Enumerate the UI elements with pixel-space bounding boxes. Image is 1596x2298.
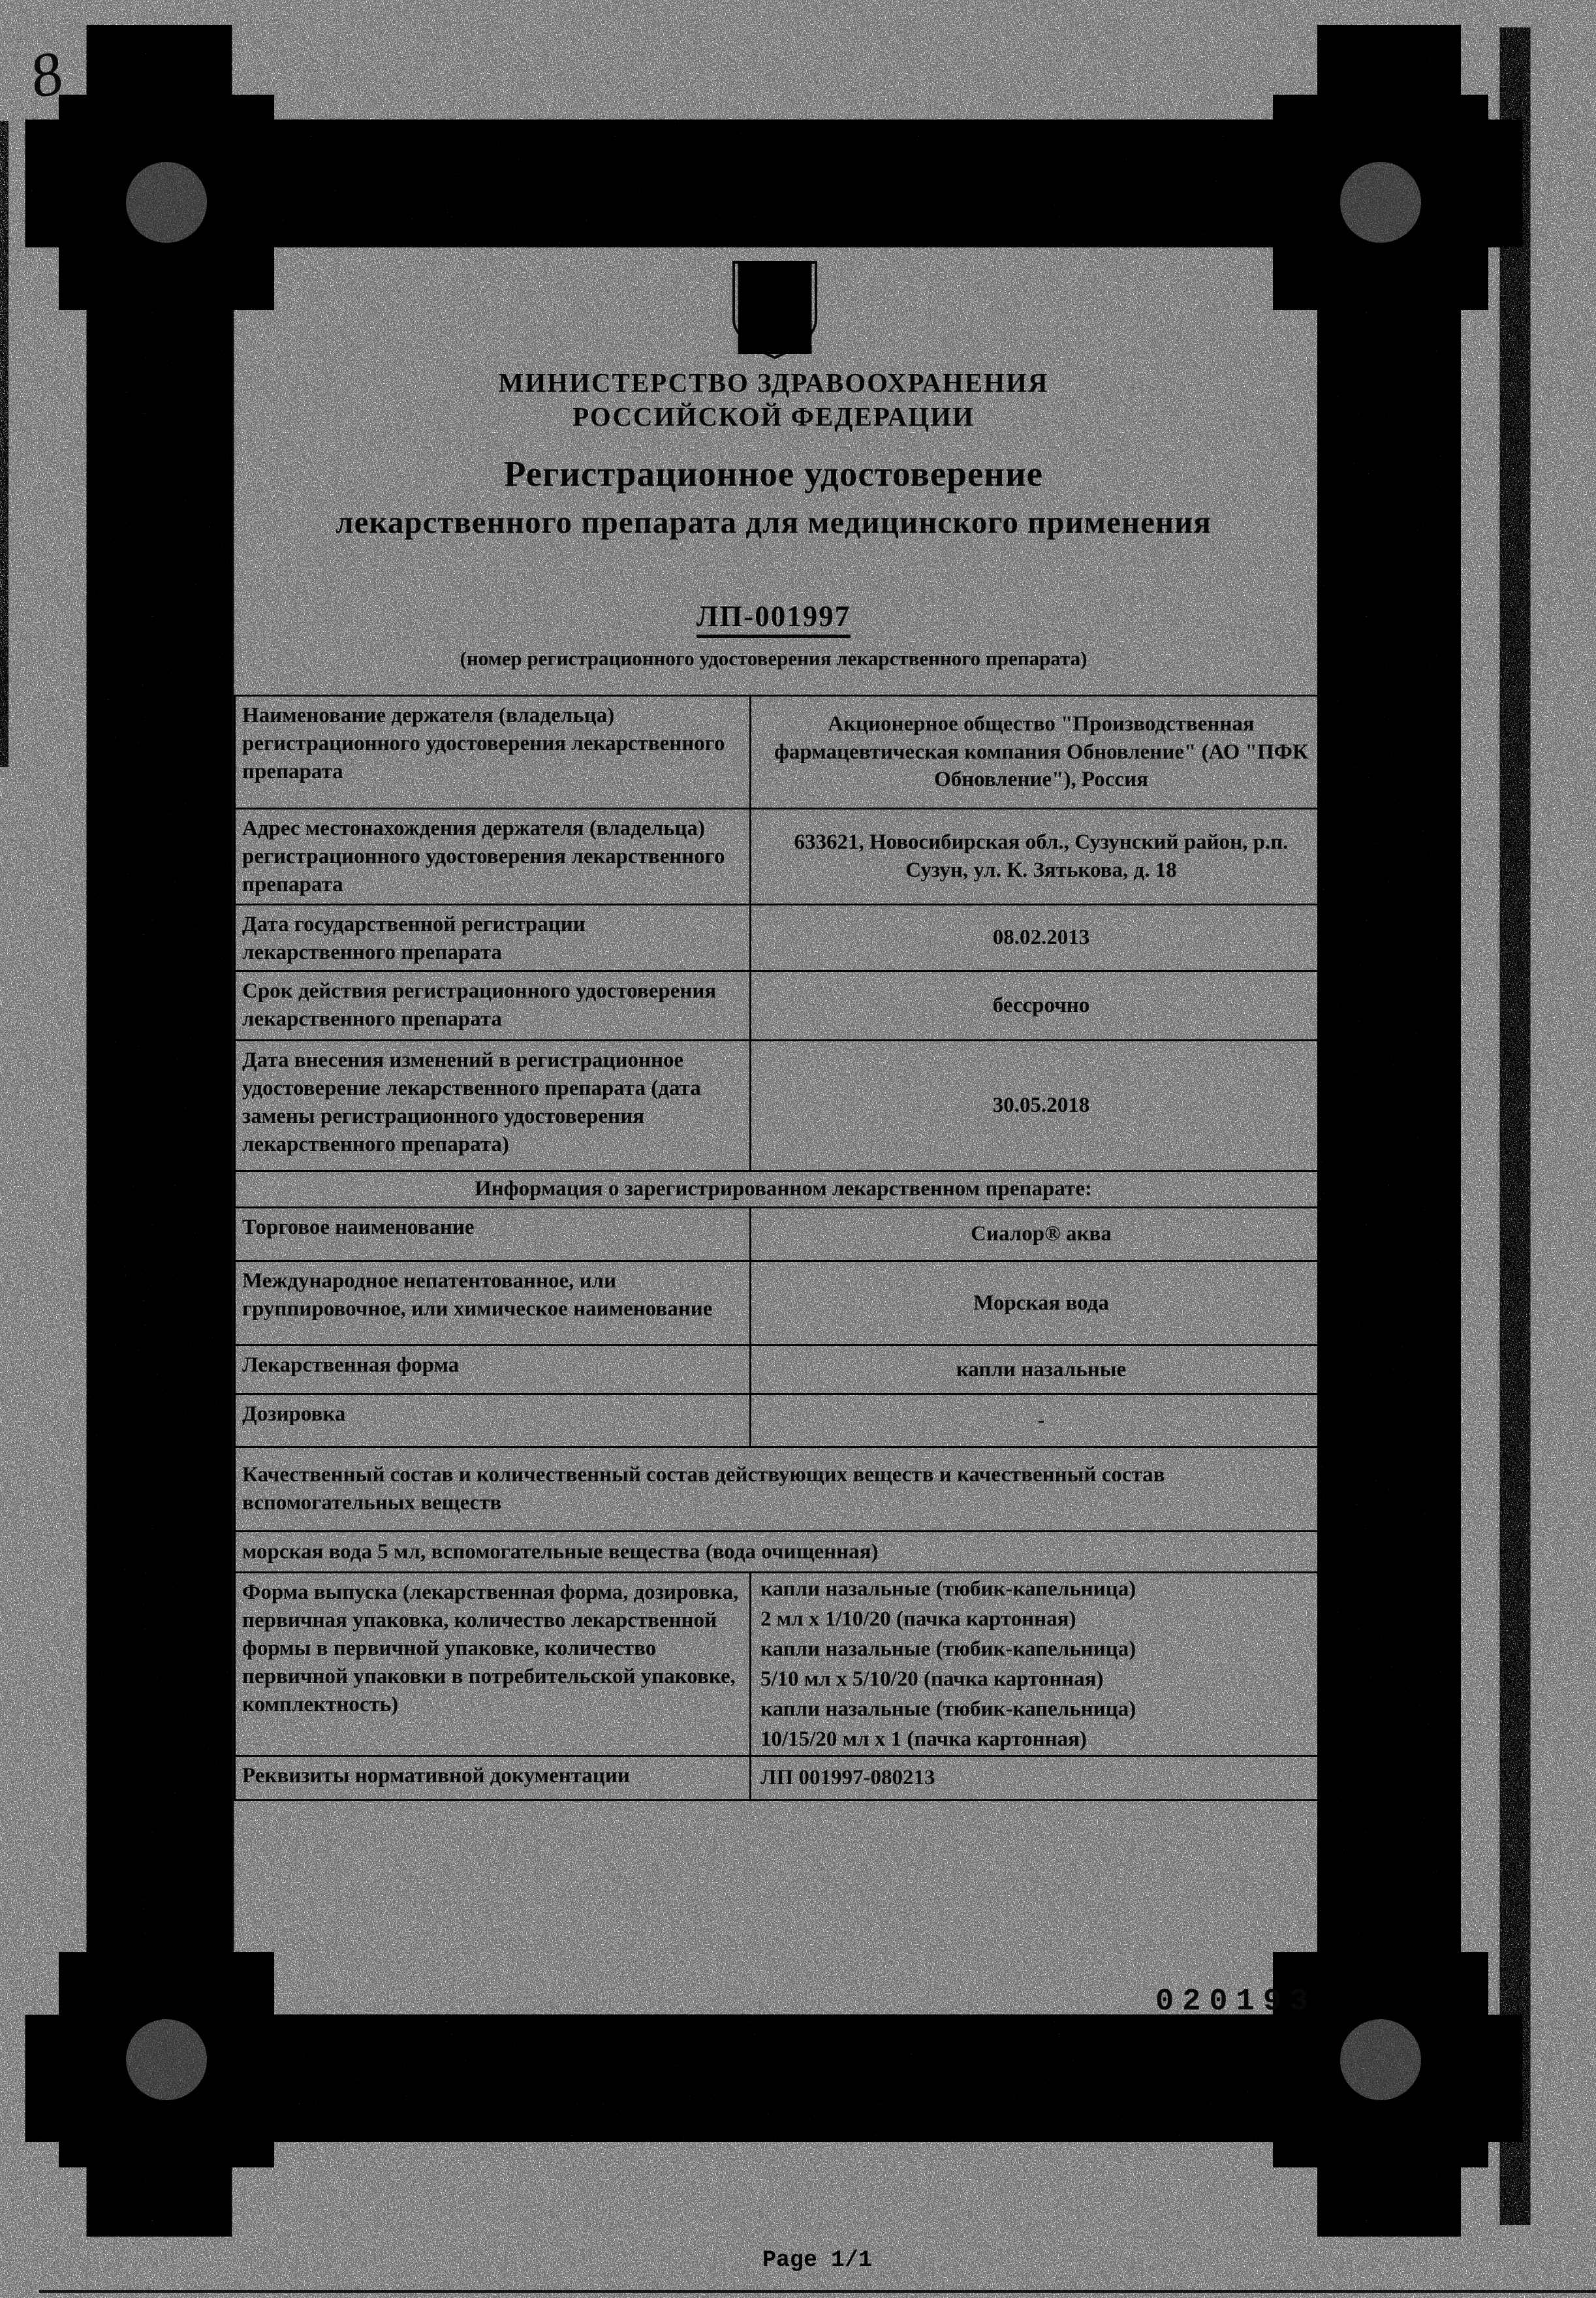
ministry-line2: РОССИЙСКОЙ ФЕДЕРАЦИИ	[261, 400, 1286, 433]
row-label: Международное непатентованное, или групп…	[236, 1262, 751, 1344]
coat-of-arms-icon	[726, 259, 824, 363]
table-row: Дата внесения изменений в регистрационно…	[236, 1039, 1331, 1170]
title-line1: Регистрационное удостоверение	[242, 453, 1306, 494]
row-value: Морская вода	[751, 1262, 1331, 1344]
table-row: Лекарственная форма капли назальные	[236, 1344, 1331, 1393]
ministry-header: МИНИСТЕРСТВО ЗДРАВООХРАНЕНИЯ РОССИЙСКОЙ …	[261, 366, 1286, 433]
document-title: Регистрационное удостоверение лекарствен…	[242, 453, 1306, 541]
row-label: Дата государственной регистрации лекарст…	[236, 905, 751, 970]
certificate-table: Наименование держателя (владельца) регис…	[234, 695, 1333, 1801]
table-row: Адрес местонахождения держателя (владель…	[236, 808, 1331, 904]
ministry-line1: МИНИСТЕРСТВО ЗДРАВООХРАНЕНИЯ	[261, 366, 1286, 400]
registration-number-block: ЛП-001997 (номер регистрационного удосто…	[255, 599, 1292, 670]
row-label: Дозировка	[236, 1395, 751, 1446]
row-value: капли назальные	[751, 1346, 1331, 1393]
release-form-lines: капли назальные (тюбик-капельница) 2 мл …	[760, 1574, 1315, 1754]
row-label: Срок действия регистрационного удостовер…	[236, 972, 751, 1039]
table-row: Торговое наименование Сиалор® аква	[236, 1206, 1331, 1260]
row-value: 30.05.2018	[751, 1041, 1331, 1170]
table-banner-row: Информация о зарегистрированном лекарств…	[236, 1170, 1331, 1206]
info-banner: Информация о зарегистрированном лекарств…	[236, 1172, 1331, 1206]
row-value: 08.02.2013	[751, 905, 1331, 970]
table-row: Международное непатентованное, или групп…	[236, 1260, 1331, 1344]
table-row: Срок действия регистрационного удостовер…	[236, 970, 1331, 1039]
registration-number: ЛП-001997	[696, 599, 851, 638]
row-label: Наименование держателя (владельца) регис…	[236, 697, 751, 808]
handwritten-mark: 8	[29, 35, 65, 114]
row-label: Форма выпуска (лекарственная форма, дози…	[236, 1573, 751, 1755]
row-label: Лекарственная форма	[236, 1346, 751, 1393]
row-label: Адрес местонахождения держателя (владель…	[236, 810, 751, 904]
serial-number: 020193	[1155, 1985, 1317, 2019]
row-label: Реквизиты нормативной документации	[236, 1757, 751, 1799]
title-line2: лекарственного препарата для медицинског…	[242, 503, 1306, 541]
row-value: бессрочно	[751, 972, 1331, 1039]
table-banner-row: Качественный состав и количественный сос…	[236, 1446, 1331, 1530]
scanned-certificate-page: 8 МИНИСТЕРСТВО ЗДРАВООХРАНЕНИЯ РОССИЙСКО…	[0, 0, 1596, 2298]
bottom-scan-line	[39, 2290, 1596, 2293]
row-value: 633621, Новосибирская обл., Сузунский ра…	[751, 810, 1331, 904]
table-row: Дозировка -	[236, 1393, 1331, 1446]
row-label: Дата внесения изменений в регистрационно…	[236, 1041, 751, 1170]
registration-number-caption: (номер регистрационного удостоверения ле…	[255, 647, 1292, 670]
table-row: Форма выпуска (лекарственная форма, дози…	[236, 1571, 1331, 1755]
row-label: Торговое наименование	[236, 1208, 751, 1260]
row-value: ЛП 001997-080213	[751, 1757, 1331, 1799]
row-value: Сиалор® аква	[751, 1208, 1331, 1260]
table-row: Реквизиты нормативной документации ЛП 00…	[236, 1755, 1331, 1799]
row-value: -	[751, 1395, 1331, 1446]
row-value: капли назальные (тюбик-капельница) 2 мл …	[751, 1573, 1331, 1755]
row-value: Акционерное общество "Производственная ф…	[751, 697, 1331, 808]
table-row: Наименование держателя (владельца) регис…	[236, 697, 1331, 808]
page-footer: Page 1/1	[762, 2247, 872, 2273]
table-row: Дата государственной регистрации лекарст…	[236, 904, 1331, 970]
table-banner-row: морская вода 5 мл, вспомогательные вещес…	[236, 1530, 1331, 1571]
composition-header: Качественный состав и количественный сос…	[236, 1448, 1331, 1530]
composition-value: морская вода 5 мл, вспомогательные вещес…	[236, 1532, 1331, 1571]
